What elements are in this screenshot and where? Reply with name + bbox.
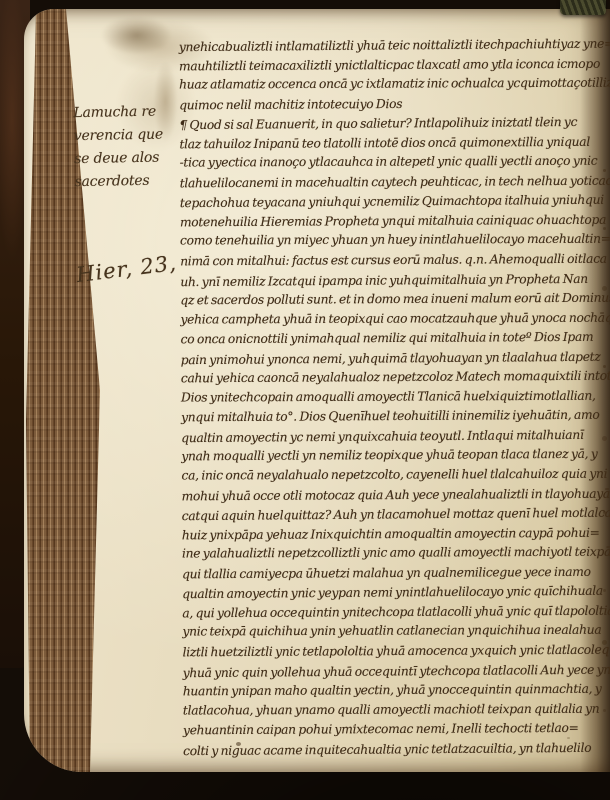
manuscript-line: catqui aquin huelquittaz? Auh yn tlacamo… <box>182 504 610 527</box>
manuscript-line: Dios ynitechcopain amoqualli amoyectli T… <box>181 387 610 408</box>
manuscript-line: qualtin amoyectin ynic yeypan nemi ynint… <box>182 582 610 605</box>
manuscript-line: uh. ynī nemiliz Izcatqui ipampa inic yuh… <box>180 269 610 292</box>
manuscript-line: ine yalahualiztli nepetzcolliztli ynic a… <box>182 543 610 564</box>
manuscript-line: co onca onicnottili ynimahqual nemiliz q… <box>181 328 610 350</box>
manuscript-line: yehica campheta yhuā in teopixqui cao mo… <box>180 308 610 329</box>
manuscript-line: tepachohua teyacana yniuhqui ycnemiliz Q… <box>180 191 610 214</box>
manuscript-line: cahui yehica caoncā neyalahualoz nepetzc… <box>181 367 610 389</box>
margin-note-citation: Hier, 23, <box>75 251 178 287</box>
manuscript-line: -tica yyectica inanoço ytlacauhca in alt… <box>180 152 610 173</box>
manuscript-line: pain ynimohui ynonca nemi, yuhquimā tlay… <box>181 347 610 370</box>
manuscript-line: tlatlacohua, yhuan ynamo qualli amoyectl… <box>183 699 610 720</box>
manuscript-line: liztli huetziliztli ynic tetlapololtia y… <box>182 641 610 663</box>
manuscript-line: como tenehuilia yn miyec yhuan yn huey i… <box>180 230 610 251</box>
manuscript-photo: Lamucha reverencia quese deue alossacerd… <box>0 0 610 800</box>
manuscript-line: ca, inic oncā neyalahualo nepetzcolto, c… <box>181 465 610 486</box>
manuscript-line: ynqui mitalhuia to°. Dios Quenīhuel teoh… <box>181 406 610 428</box>
manuscript-line: ynic teixpā quichihua ynin yehuatlin cat… <box>182 621 610 642</box>
manuscript-line: colti y niguac acame inquitecahualtia yn… <box>183 738 610 761</box>
manuscript-text: ynehicabualiztli intlamatiliztli yhuā te… <box>179 35 610 761</box>
manuscript-line: yehuantinin caipan pohui ymixtecomac nem… <box>183 719 610 741</box>
manuscript-line: yhuā ynic quin yollehua yhuā occequintī … <box>183 660 610 683</box>
manuscript-line: mohui yhuā occe otli motocaz quia Auh ye… <box>182 484 610 506</box>
headband-ribbon <box>560 0 606 15</box>
manuscript-line: nimā con mitalhui: factus est cursus eor… <box>180 250 610 272</box>
manuscript-line: qualtin amoyectin yc nemi ynquixcahuia t… <box>181 426 610 449</box>
manuscript-line: huaz atlamatiz occenca oncā yc ixtlamati… <box>179 74 610 95</box>
manuscript-line: ynehicabualiztli intlamatiliztli yhuā te… <box>179 35 610 58</box>
manuscript-line: ¶ Quod si sal Euanuerit, in quo salietur… <box>179 113 610 136</box>
book-page: Lamucha reverencia quese deue alossacerd… <box>24 9 610 772</box>
